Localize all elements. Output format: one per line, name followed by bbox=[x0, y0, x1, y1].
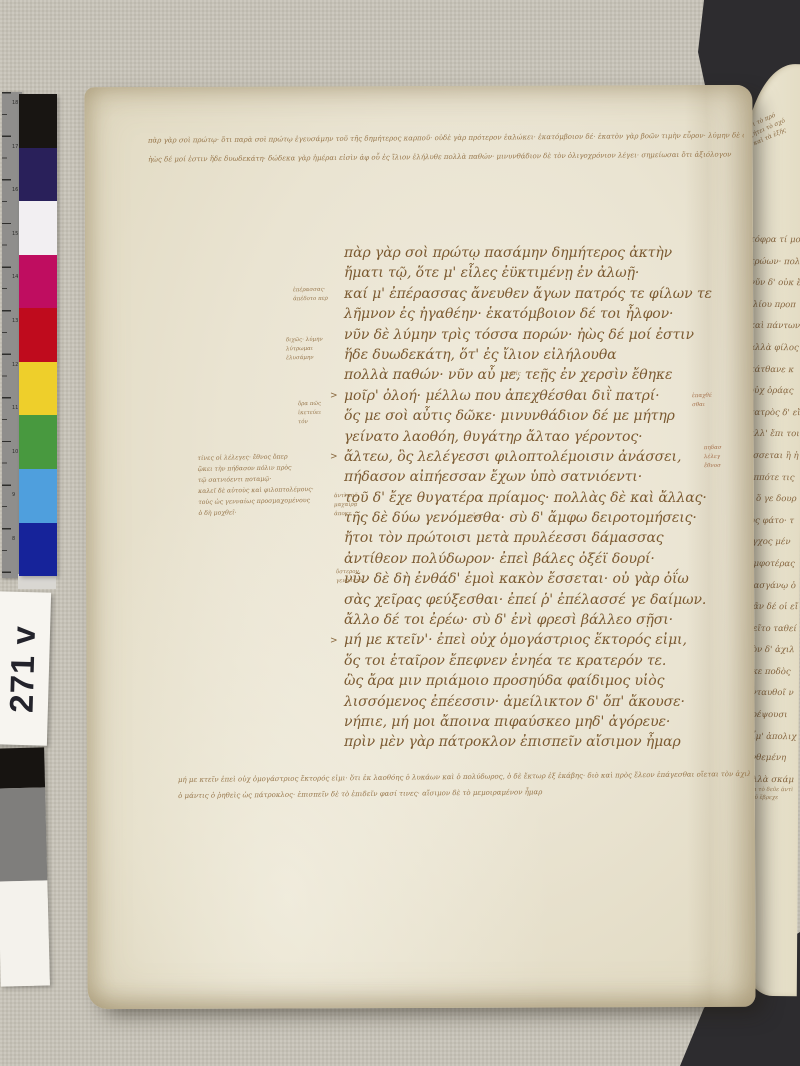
marginal-gloss: ἀντὶ τοῦμαχαίρᾳἀποκτ bbox=[334, 492, 358, 519]
gray-patch-white bbox=[0, 880, 50, 986]
verse-fragment: οὐχ ὁράᾳς bbox=[749, 381, 800, 403]
verse-fragment: ἰλίου προπ bbox=[749, 295, 800, 317]
verse-fragment: ὁππότε τις bbox=[748, 467, 800, 489]
verse-fragment: κεῖτο ταθεί bbox=[747, 619, 799, 641]
gloss-line: λέλεγ bbox=[704, 453, 722, 462]
verse-line: νῦν δὲ δὴ ἐνθάδ' ἐμοὶ κακὸν ἔσσεται· οὐ … bbox=[344, 569, 746, 589]
ruler-end-tip bbox=[18, 574, 56, 589]
gray-patch-gray bbox=[0, 787, 47, 881]
color-patch-black bbox=[19, 94, 57, 148]
verse-fragment: ἐνταυθοῖ ν bbox=[747, 683, 799, 705]
diple-mark: > bbox=[330, 451, 340, 463]
color-patch-yellow bbox=[19, 362, 57, 416]
verse-fragment: ἀλλ' ἔπι τοι bbox=[749, 424, 800, 446]
gloss-line: εἶχε bbox=[470, 513, 482, 521]
verse-line: γείνατο λαοθόη, θυγάτηρ ἄλταο γέροντος· bbox=[344, 427, 746, 447]
gloss-line: ἀντὶ τοῦ bbox=[334, 492, 358, 501]
gloss-line: ἀπέδοτο περ bbox=[293, 295, 328, 305]
main-text-iliad: πὰρ γὰρ σοὶ πρώτῳ πασάμην δημήτερος ἀκτὴ… bbox=[344, 243, 746, 753]
color-patch-red bbox=[19, 308, 57, 362]
verse-fragment: καὶ πάντων bbox=[749, 316, 800, 338]
gloss-line: ἐπαχθέ bbox=[692, 392, 712, 401]
verse-line: τῆς δὲ δύω γενόμεσθα· σὺ δ' ἄμφω δειροτο… bbox=[344, 508, 746, 528]
verse-line: ἀντίθεον πολύδωρον· ἐπεὶ βάλες ὀξέϊ δουρ… bbox=[344, 549, 746, 569]
verse-line: μή με κτεῖν'· ἐπεὶ οὐχ ὁμογάστριος ἕκτορ… bbox=[344, 630, 746, 650]
verse-line: καί μ' ἐπέρασσας ἄνευθεν ἄγων πατρός τε … bbox=[344, 284, 746, 304]
verse-fragment: ἔσσεται ἢ ἠ bbox=[748, 446, 800, 468]
color-patch-green bbox=[19, 415, 57, 469]
verse-line: νῦν δὲ λύμην τρὶς τόσσα πορών· ἠὼς δέ μο… bbox=[344, 325, 746, 345]
marginal-gloss: διχῶς· λύμηνλύτρωμαιἐλυσάμην bbox=[286, 336, 323, 364]
gloss-line: διχῶς· λύμην bbox=[286, 336, 323, 346]
verse-fragment: τρώων· πολ bbox=[750, 251, 800, 273]
folio-number-label: 271 v bbox=[0, 591, 51, 745]
verse-line: ἥδε δυωδεκάτη, ὅτ' ἐς ἴλιον εἰλήλουθα bbox=[344, 345, 746, 365]
verse-fragment: κάτθανε κ bbox=[749, 359, 800, 381]
verse-fragment: ἀμφοτέρας bbox=[748, 554, 800, 576]
color-patch-magenta bbox=[19, 255, 57, 309]
ruler-major-ticks bbox=[2, 92, 11, 578]
verse-line: τοῦ δ' ἔχε θυγατέρα πρίαμος· πολλὰς δὲ κ… bbox=[344, 488, 746, 508]
verse-fragment: τόφρα τί μοι bbox=[750, 230, 800, 252]
verse-line: ἤματι τῷ, ὅτε μ' εἷλες ἐϋκτιμένῃ ἐν ἀλωῇ… bbox=[344, 263, 746, 283]
color-patch-dark-violet bbox=[19, 148, 57, 202]
marginal-gloss: σαῖς bbox=[508, 370, 521, 378]
verse-fragment: ἧκε ποδὸς bbox=[747, 662, 799, 684]
verse-fragment: πατρὸς δ' εἴ bbox=[749, 403, 800, 425]
manuscript-photograph: ὅτι τὸ πρόζήτει τὸ σχόκαὶ τὰ ἑξῆς τόφρα … bbox=[0, 0, 800, 1066]
verse-fragment: πᾶν δέ οἱ εἴ bbox=[747, 597, 799, 619]
marginal-gloss: ἐπαχθέσθαι bbox=[692, 392, 712, 410]
verse-line: πήδασον αἰπήεσσαν ἔχων ὑπὸ σατνιόεντι· bbox=[344, 467, 746, 487]
marginal-gloss: ὕστερονγενήσεται bbox=[336, 568, 365, 586]
folio-number-text: 271 v bbox=[3, 624, 43, 713]
grayscale-calibration-wedge bbox=[0, 747, 50, 986]
gloss-line: τοὺς ὡς γενναίως προσμαχομένους bbox=[198, 495, 314, 508]
gloss-line: γενήσεται bbox=[336, 577, 365, 586]
diple-mark: > bbox=[330, 635, 340, 647]
verse-line: ἄλτεω, ὃς λελέγεσσι φιλοπτολέμοισιν ἀνάσ… bbox=[344, 447, 746, 467]
color-patch-light-blue bbox=[19, 469, 57, 523]
marginal-gloss: πηδασλέλεγἔθνοσ bbox=[704, 444, 722, 471]
gloss-line: ἐλυσάμην bbox=[286, 354, 323, 364]
gloss-line: σαῖς bbox=[508, 370, 521, 378]
verse-fragment: τὸν δ' ἀχιλ bbox=[747, 640, 799, 662]
gloss-line: ὁ δὴ μοχθεῖ· bbox=[198, 506, 314, 519]
verse-line: λῆμνον ἐς ἠγαθέην· ἑκατόμβοιον δέ τοι ἦλ… bbox=[344, 304, 746, 324]
gloss-line: ἱκετεύει bbox=[298, 409, 321, 418]
diple-mark: > bbox=[330, 390, 340, 402]
marginal-gloss: ἐπέρασσας·ἀπέδοτο περ bbox=[293, 286, 328, 305]
gloss-line: μαχαίρᾳ bbox=[334, 501, 358, 510]
marginal-gloss: ὅρα πῶςἱκετεύειτόν bbox=[298, 400, 322, 427]
color-patch-white bbox=[19, 201, 57, 255]
verse-fragment: ὣς φάτο· τ bbox=[748, 511, 800, 533]
gloss-line: ἔθνοσ bbox=[704, 462, 722, 471]
verse-fragment: ἔγχος μέν bbox=[748, 532, 800, 554]
verse-line: σὰς χεῖρας φεύξεσθαι· ἐπεί ῥ' ἐπέλασσέ γ… bbox=[344, 590, 746, 610]
verse-line: λισσόμενος ἐπέεσσιν· ἀμείλικτον δ' ὄπ' ἄ… bbox=[344, 692, 746, 712]
gloss-line: ὅρα πῶς bbox=[298, 400, 321, 409]
gray-patch-black bbox=[0, 747, 45, 788]
gloss-line: σθαι bbox=[692, 401, 712, 410]
verse-fragment: νῦν δ' οὐκ ἔ bbox=[750, 273, 800, 295]
verse-line: πὰρ γὰρ σοὶ πρώτῳ πασάμην δημήτερος ἀκτὴ… bbox=[344, 243, 746, 263]
color-calibration-bar bbox=[19, 94, 57, 576]
verse-line: ὣς ἄρα μιν πριάμοιο προσηύδα φαίδιμος υἱ… bbox=[344, 671, 746, 691]
marginal-gloss: εἶχε bbox=[470, 513, 482, 521]
verse-fragment: φασγάνῳ ὀ bbox=[748, 575, 800, 597]
verse-line: ὅς με σοὶ αὖτις δῶκε· μινυνθάδιον δέ με … bbox=[344, 406, 746, 426]
verse-line: πρὶν μὲν γὰρ πάτροκλον ἐπισπεῖν αἴσιμον … bbox=[344, 732, 746, 752]
gloss-line: ἀποκτ bbox=[334, 510, 358, 519]
bottom-note-line: τοῦ ἔβρεχε bbox=[748, 794, 800, 802]
verse-line: πολλὰ παθών· νῦν αὖ με, τεῇς ἐν χερσὶν ἔ… bbox=[344, 365, 746, 385]
verse-line: ὅς τοι ἑταῖρον ἔπεφνεν ἐνηέα τε κρατερόν… bbox=[344, 651, 746, 671]
top-margin-scholia: πὰρ γὰρ σοὶ πρώτῳ· ὅτι παρὰ σοὶ πρώτῳ ἐγ… bbox=[148, 126, 744, 169]
color-patch-dark-blue bbox=[19, 523, 57, 577]
verse-fragment: ἤ ὅ γε δουρ bbox=[748, 489, 800, 511]
marginal-gloss: τίνες οἱ λέλεγες· ἔθνος ὅπερᾤκει τὴν πήδ… bbox=[197, 451, 314, 519]
verse-fragment: ἀλλὰ φίλος bbox=[749, 338, 800, 360]
gloss-line: τόν bbox=[298, 418, 321, 427]
next-folio-bottom-scholion: ὅτι τὸ δεῦε ἀντὶτοῦ ἔβρεχε bbox=[748, 786, 800, 802]
verse-line: ἤτοι τὸν πρώτοισι μετὰ πρυλέεσσι δάμασσα… bbox=[344, 528, 746, 548]
gloss-line: πηδασ bbox=[704, 444, 722, 453]
verse-line: ἄλλο δέ τοι ἐρέω· σὺ δ' ἐνὶ φρεσὶ βάλλεο… bbox=[344, 610, 746, 630]
bottom-margin-scholia: μή με κτεῖν ἐπεὶ οὐχ ὁμογάστριος ἕκτορός… bbox=[178, 766, 750, 804]
verse-line: νήπιε, μή μοι ἄποινα πιφαύσκεο μηδ' ἀγόρ… bbox=[344, 712, 746, 732]
verse-line: μοῖρ' ὀλοή· μέλλω που ἀπεχθέσθαι διῒ πατ… bbox=[344, 386, 746, 406]
